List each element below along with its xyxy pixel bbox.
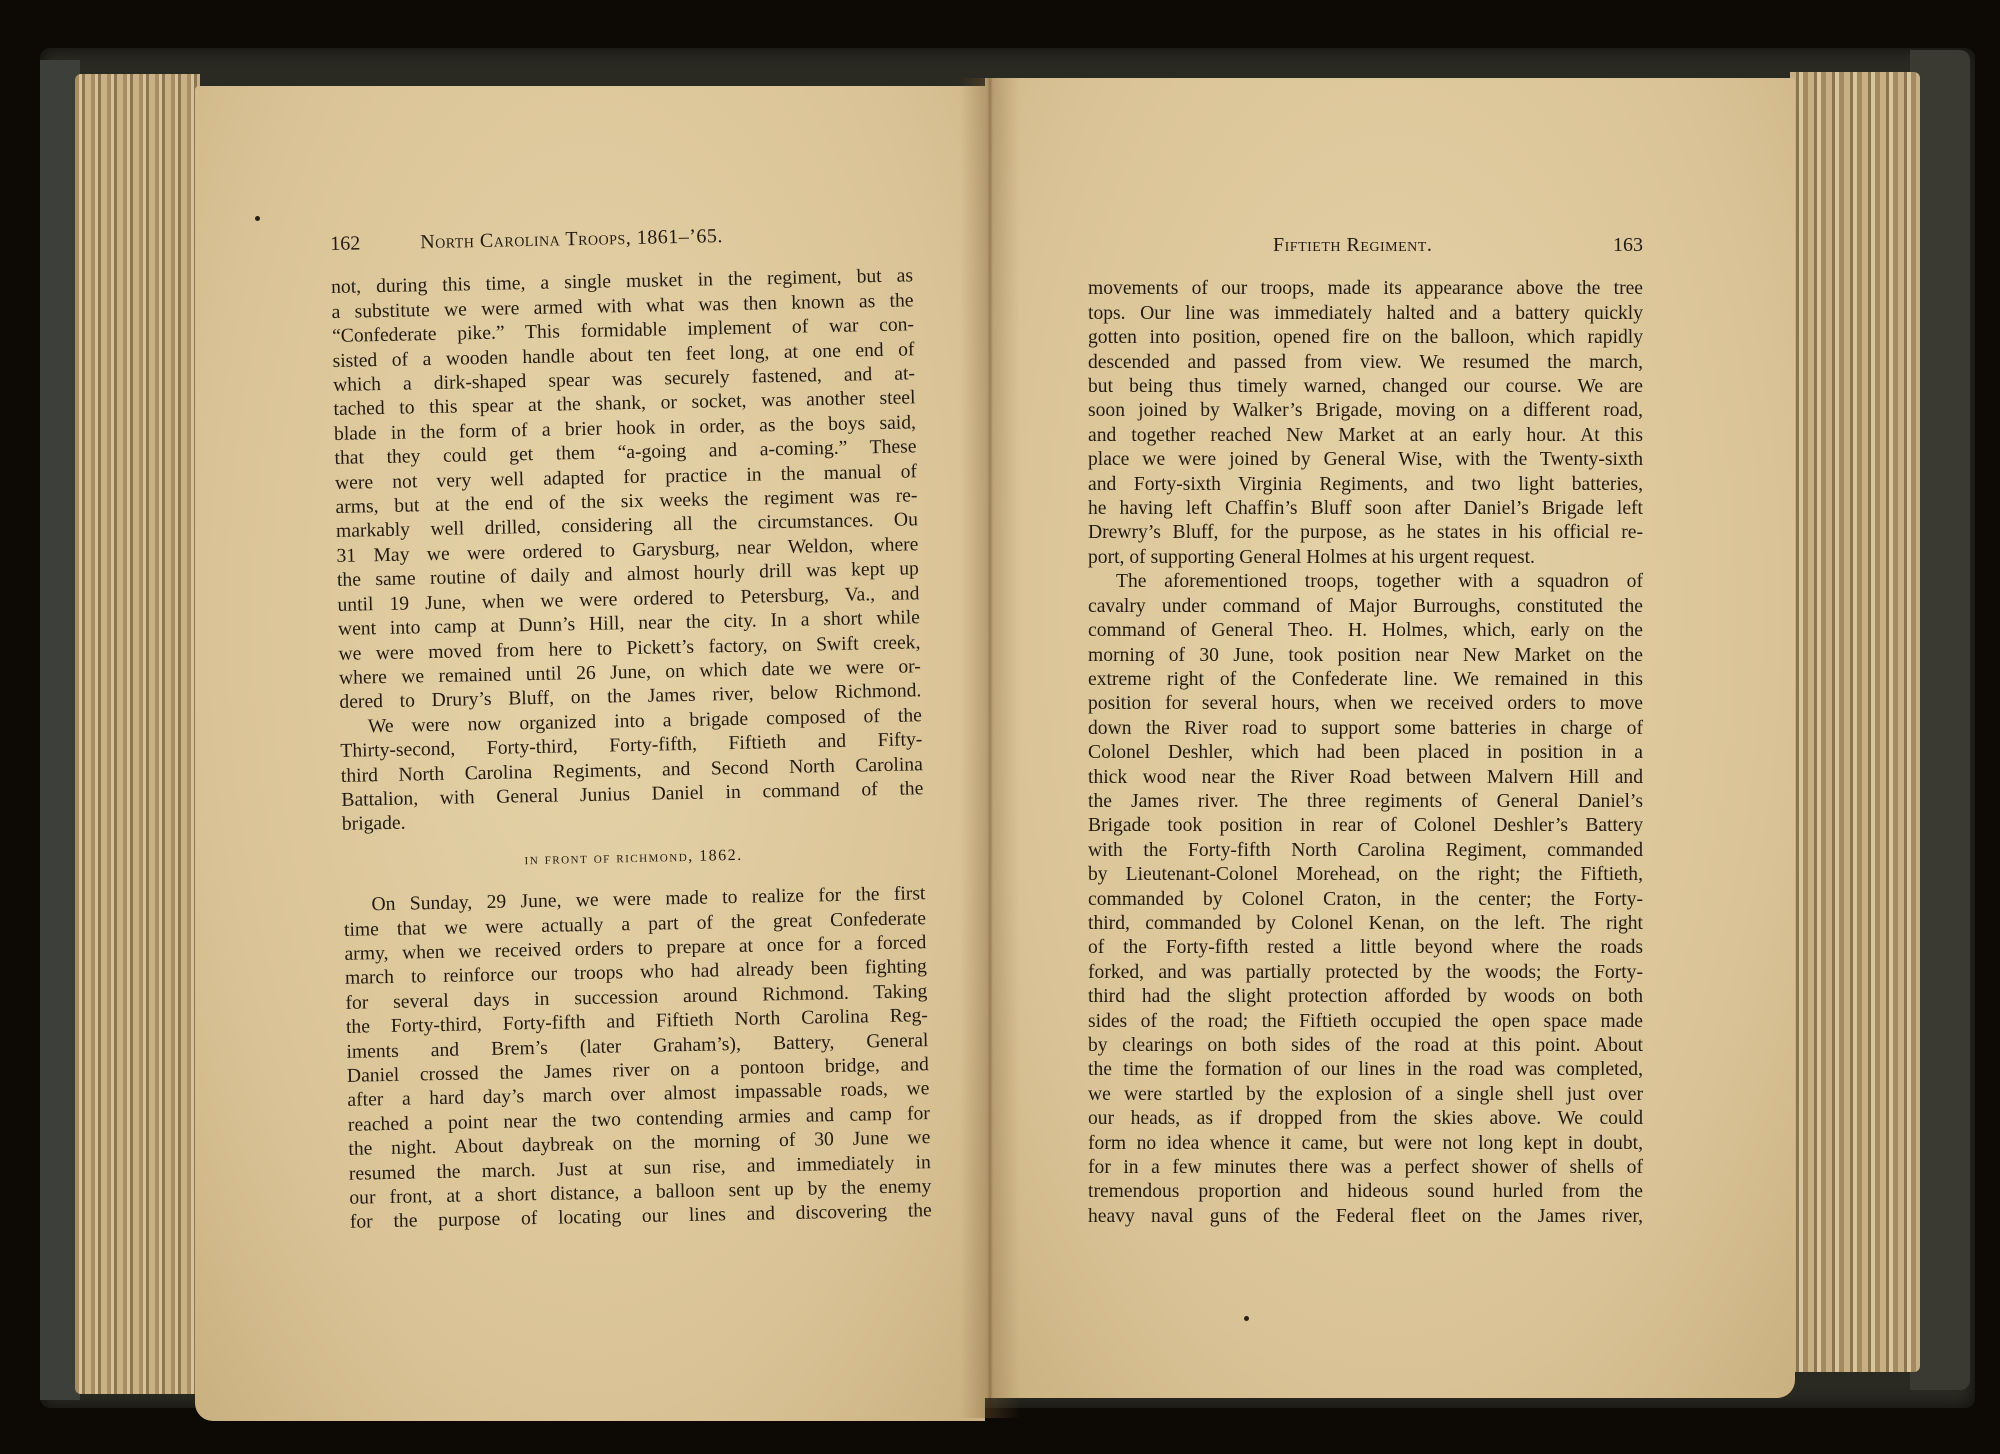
- text-line: by clearings on both sides of the road a…: [1088, 1034, 1643, 1058]
- text-line: third had the slight protection afforded…: [1088, 985, 1643, 1009]
- right-page-number: 163: [1613, 233, 1643, 257]
- text-line: he having left Chaffin’s Bluff soon afte…: [1088, 497, 1643, 521]
- text-line: place we were joined by General Wise, wi…: [1088, 448, 1643, 472]
- right-paragraph-1: movements of our troops, made its appear…: [1088, 277, 1643, 570]
- section-heading: In Front of Richmond, 1862.: [342, 840, 924, 876]
- text-line: heavy naval guns of the Federal fleet on…: [1088, 1205, 1643, 1229]
- right-paragraph-2: The aforementioned troops, together with…: [1088, 570, 1643, 1229]
- left-paragraph-3: On Sunday, 29 June, we were made to real…: [343, 882, 932, 1235]
- book-gutter: [960, 78, 1020, 1418]
- left-paragraph-1: not, during this time, a single musket i…: [331, 265, 922, 716]
- text-line: soon joined by Walker’s Brigade, moving …: [1088, 399, 1643, 423]
- text-line: but being thus timely warned, changed ou…: [1088, 375, 1643, 399]
- book-cover-left-edge: [40, 60, 80, 1400]
- text-line: The aforementioned troops, together with…: [1088, 570, 1643, 594]
- text-line: position for several hours, when we rece…: [1088, 692, 1643, 716]
- text-line: tremendous proportion and hideous sound …: [1088, 1180, 1643, 1204]
- text-line: Drewry’s Bluff, for the purpose, as he s…: [1088, 521, 1643, 545]
- text-line: extreme right of the Confederate line. W…: [1088, 668, 1643, 692]
- ink-speck: [1244, 1316, 1249, 1321]
- text-line: Brigade took position in rear of Colonel…: [1088, 814, 1643, 838]
- text-line: down the River road to support some batt…: [1088, 717, 1643, 741]
- text-line: third, commanded by Colonel Kenan, on th…: [1088, 912, 1643, 936]
- text-line: of the Forty-fifth rested a little beyon…: [1088, 936, 1643, 960]
- text-line: with the Forty-fifth North Carolina Regi…: [1088, 839, 1643, 863]
- text-line: tops. Our line was immediately halted an…: [1088, 302, 1643, 326]
- text-line: commanded by Colonel Craton, in the cent…: [1088, 888, 1643, 912]
- text-line: form no idea whence it came, but were no…: [1088, 1132, 1643, 1156]
- left-paragraph-2: We were now organized into a brigade com…: [340, 704, 924, 838]
- left-page-number: 162: [330, 231, 360, 256]
- text-line: thick wood near the River Road between M…: [1088, 766, 1643, 790]
- text-line: gotten into position, opened fire on the…: [1088, 326, 1643, 350]
- text-line: our heads, as if dropped from the skies …: [1088, 1107, 1643, 1131]
- text-line: the James river. The three regiments of …: [1088, 790, 1643, 814]
- text-line: morning of 30 June, took position near N…: [1088, 644, 1643, 668]
- text-line: command of General Theo. H. Holmes, whic…: [1088, 619, 1643, 643]
- page-stack-right: [1790, 72, 1920, 1372]
- left-page-text: 162 North Carolina Troops, 1861–’65. not…: [330, 220, 932, 1235]
- text-line: by Lieutenant-Colonel Morehead, on the r…: [1088, 863, 1643, 887]
- text-line: movements of our troops, made its appear…: [1088, 277, 1643, 301]
- text-line: Colonel Deshler, which had been placed i…: [1088, 741, 1643, 765]
- text-line: and Forty-sixth Virginia Regiments, and …: [1088, 473, 1643, 497]
- text-line: descended and passed from view. We resum…: [1088, 351, 1643, 375]
- text-line: the time the formation of our lines in t…: [1088, 1058, 1643, 1082]
- page-stack-left: [75, 74, 200, 1394]
- text-line: cavalry under command of Major Burroughs…: [1088, 595, 1643, 619]
- ink-speck: [255, 216, 260, 221]
- text-line: and together reached New Market at an ea…: [1088, 424, 1643, 448]
- text-line: forked, and was partially protected by t…: [1088, 961, 1643, 985]
- text-line: sides of the road; the Fiftieth occupied…: [1088, 1010, 1643, 1034]
- text-line: for in a few minutes there was a perfect…: [1088, 1156, 1643, 1180]
- left-running-title: North Carolina Troops, 1861–’65.: [420, 224, 723, 254]
- right-running-title: Fiftieth Regiment.: [1273, 233, 1432, 257]
- right-running-head: Fiftieth Regiment. 163: [1088, 233, 1643, 257]
- right-page-text: Fiftieth Regiment. 163 movements of our …: [1088, 233, 1643, 1229]
- text-line: port, of supporting General Holmes at hi…: [1088, 546, 1643, 570]
- text-line: we were startled by the explosion of a s…: [1088, 1083, 1643, 1107]
